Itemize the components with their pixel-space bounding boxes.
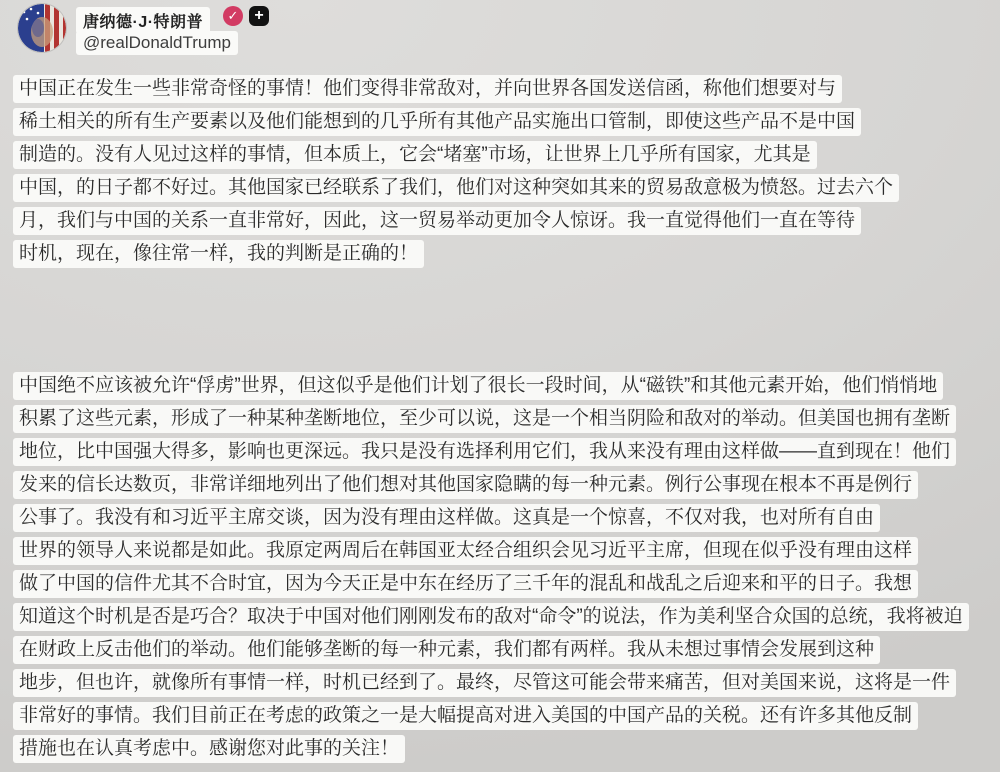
post-line: 发来的信长达数页，非常详细地列出了他们想对其他国家隐瞒的每一种元素。例行公事现在…	[13, 471, 990, 499]
post-line-text: 稀土相关的所有生产要素以及他们能想到的几乎所有其他产品实施出口管制，即使这些产品…	[13, 108, 861, 136]
post-line-text: 在财政上反击他们的举动。他们能够垄断的每一种元素，我们都有两样。我从未想过事情会…	[13, 636, 880, 664]
post-line-text: 中国正在发生一些非常奇怪的事情！他们变得非常敌对，并向世界各国发送信函，称他们想…	[13, 75, 842, 103]
post-line-text: 积累了这些元素，形成了一种某种垄断地位，至少可以说，这是一个相当阴险和敌对的举动…	[13, 405, 956, 433]
post-line: 中国，的日子都不好过。其他国家已经联系了我们，他们对这种突如其来的贸易敌意极为愤…	[13, 174, 990, 202]
post-line: 中国绝不应该被允许“俘虏”世界，但这似乎是他们计划了很长一段时间，从“磁铁”和其…	[13, 372, 990, 400]
profile-name[interactable]: 唐纳德·J·特朗普	[76, 7, 210, 34]
post-line: 地步，但也许，就像所有事情一样，时机已经到了。最终，尽管这可能会带来痛苦，但对美…	[13, 669, 990, 697]
post-line-text: 中国，的日子都不好过。其他国家已经联系了我们，他们对这种突如其来的贸易敌意极为愤…	[13, 174, 899, 202]
post-line: 制造的。没有人见过这样的事情，但本质上，它会“堵塞”市场，让世界上几乎所有国家，…	[13, 141, 990, 169]
profile-handle[interactable]: @realDonaldTrump	[76, 31, 238, 55]
post-line-text: 发来的信长达数页，非常详细地列出了他们想对其他国家隐瞒的每一种元素。例行公事现在…	[13, 471, 918, 499]
post-line: 月，我们与中国的关系一直非常好，因此，这一贸易举动更加令人惊讶。我一直觉得他们一…	[13, 207, 990, 235]
flag-avatar-image	[18, 4, 66, 52]
post-paragraph-1: 中国正在发生一些非常奇怪的事情！他们变得非常敌对，并向世界各国发送信函，称他们想…	[13, 75, 990, 273]
plus-button[interactable]: +	[249, 6, 269, 26]
post-screenshot: 唐纳德·J·特朗普 ✓ + @realDonaldTrump 中国正在发生一些非…	[0, 0, 1000, 772]
post-line-text: 中国绝不应该被允许“俘虏”世界，但这似乎是他们计划了很长一段时间，从“磁铁”和其…	[13, 372, 943, 400]
post-line: 积累了这些元素，形成了一种某种垄断地位，至少可以说，这是一个相当阴险和敌对的举动…	[13, 405, 990, 433]
post-line: 在财政上反击他们的举动。他们能够垄断的每一种元素，我们都有两样。我从未想过事情会…	[13, 636, 990, 664]
post-paragraph-2: 中国绝不应该被允许“俘虏”世界，但这似乎是他们计划了很长一段时间，从“磁铁”和其…	[13, 372, 990, 768]
post-line: 世界的领导人来说都是如此。我原定两周后在韩国亚太经合组织会见习近平主席，但现在似…	[13, 537, 990, 565]
post-line-text: 知道这个时机是否是巧合？取决于中国对他们刚刚发布的敌对“命令”的说法，作为美利坚…	[13, 603, 969, 631]
post-line: 时机，现在，像往常一样，我的判断是正确的！	[13, 240, 990, 268]
post-line-text: 世界的领导人来说都是如此。我原定两周后在韩国亚太经合组织会见习近平主席，但现在似…	[13, 537, 918, 565]
post-line-text: 非常好的事情。我们目前正在考虑的政策之一是大幅提高对进入美国的中国产品的关税。还…	[13, 702, 918, 730]
post-line-text: 月，我们与中国的关系一直非常好，因此，这一贸易举动更加令人惊讶。我一直觉得他们一…	[13, 207, 861, 235]
post-line: 公事了。我没有和习近平主席交谈，因为没有理由这样做。这真是一个惊喜，不仅对我，也…	[13, 504, 990, 532]
post-line: 稀土相关的所有生产要素以及他们能想到的几乎所有其他产品实施出口管制，即使这些产品…	[13, 108, 990, 136]
post-line-text: 时机，现在，像往常一样，我的判断是正确的！	[13, 240, 424, 268]
post-line: 措施也在认真考虑中。感谢您对此事的关注！	[13, 735, 990, 763]
post-line-text: 地步，但也许，就像所有事情一样，时机已经到了。最终，尽管这可能会带来痛苦，但对美…	[13, 669, 956, 697]
verified-badge-icon: ✓	[223, 6, 243, 26]
post-line: 做了中国的信件尤其不合时宜，因为今天正是中东在经历了三千年的混乱和战乱之后迎来和…	[13, 570, 990, 598]
post-line: 知道这个时机是否是巧合？取决于中国对他们刚刚发布的敌对“命令”的说法，作为美利坚…	[13, 603, 990, 631]
post-line-text: 做了中国的信件尤其不合时宜，因为今天正是中东在经历了三千年的混乱和战乱之后迎来和…	[13, 570, 918, 598]
post-line-text: 公事了。我没有和习近平主席交谈，因为没有理由这样做。这真是一个惊喜，不仅对我，也…	[13, 504, 880, 532]
post-line: 中国正在发生一些非常奇怪的事情！他们变得非常敌对，并向世界各国发送信函，称他们想…	[13, 75, 990, 103]
post-line: 地位，比中国强大得多，影响也更深远。我只是没有选择利用它们，我从来没有理由这样做…	[13, 438, 990, 466]
post-line-text: 措施也在认真考虑中。感谢您对此事的关注！	[13, 735, 405, 763]
post-line-text: 地位，比中国强大得多，影响也更深远。我只是没有选择利用它们，我从来没有理由这样做…	[13, 438, 956, 466]
post-line-text: 制造的。没有人见过这样的事情，但本质上，它会“堵塞”市场，让世界上几乎所有国家，…	[13, 141, 817, 169]
post-line: 非常好的事情。我们目前正在考虑的政策之一是大幅提高对进入美国的中国产品的关税。还…	[13, 702, 990, 730]
profile-avatar[interactable]	[18, 4, 66, 52]
